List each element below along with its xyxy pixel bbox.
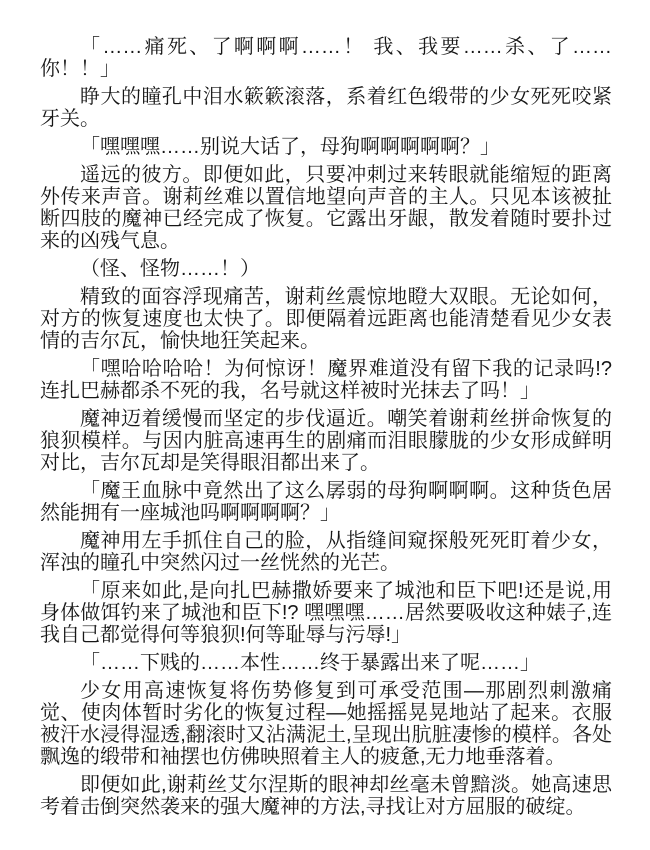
paragraph-dialogue-5: 「原来如此,是向扎巴赫撒娇要来了城池和臣下吧!还是说,用身体做饵钓来了城池和臣下… [40,580,612,646]
paragraph-narration-5: 魔神用左手抓住自己的脸，从指缝间窥探般死死盯着少女，浑浊的瞳孔中突然闪过一丝恍然… [40,530,612,574]
paragraph-dialogue-2: 「嘿嘿嘿……别说大话了，母狗啊啊啊啊啊？」 [40,136,612,158]
paragraph-dialogue-1: 「……痛死、了啊啊啊……！ 我、我要……杀、了……你！！」 [40,36,612,80]
paragraph-dialogue-3: 「嘿哈哈哈哈！为何惊讶！魔界难道没有留下我的记录吗!? 连扎巴赫都杀不死的我，名… [40,358,612,402]
paragraph-narration-4: 魔神迈着缓慢而坚定的步伐逼近。嘲笑着谢莉丝拼命恢复的狼狈模样。与因内脏高速再生的… [40,408,612,474]
paragraph-narration-1: 睁大的瞳孔中泪水簌簌滚落，系着红色缎带的少女死死咬紧牙关。 [40,86,612,130]
paragraph-narration-7: 即便如此,谢莉丝艾尔涅斯的眼神却丝毫未曾黯淡。她高速思考着击倒突然袭来的强大魔神… [40,774,612,818]
paragraph-dialogue-6: 「……下贱的……本性……终于暴露出来了呢……」 [40,652,612,674]
paragraph-narration-6: 少女用高速恢复将伤势修复到可承受范围—那剧烈刺激痛觉、使肉体暂时劣化的恢复过程—… [40,680,612,768]
paragraph-narration-2: 遥远的彼方。即便如此，只要冲刺过来转眼就能缩短的距离外传来声音。谢莉丝难以置信地… [40,164,612,252]
paragraph-thought-1: （怪、怪物……！） [40,258,612,280]
paragraph-dialogue-4: 「魔王血脉中竟然出了这么孱弱的母狗啊啊啊。这种货色居然能拥有一座城池吗啊啊啊啊？… [40,480,612,524]
novel-text-page: 「……痛死、了啊啊啊……！ 我、我要……杀、了……你！！」 睁大的瞳孔中泪水簌簌… [0,0,650,850]
paragraph-narration-3: 精致的面容浮现痛苦，谢莉丝震惊地瞪大双眼。无论如何，对方的恢复速度也太快了。即便… [40,286,612,352]
